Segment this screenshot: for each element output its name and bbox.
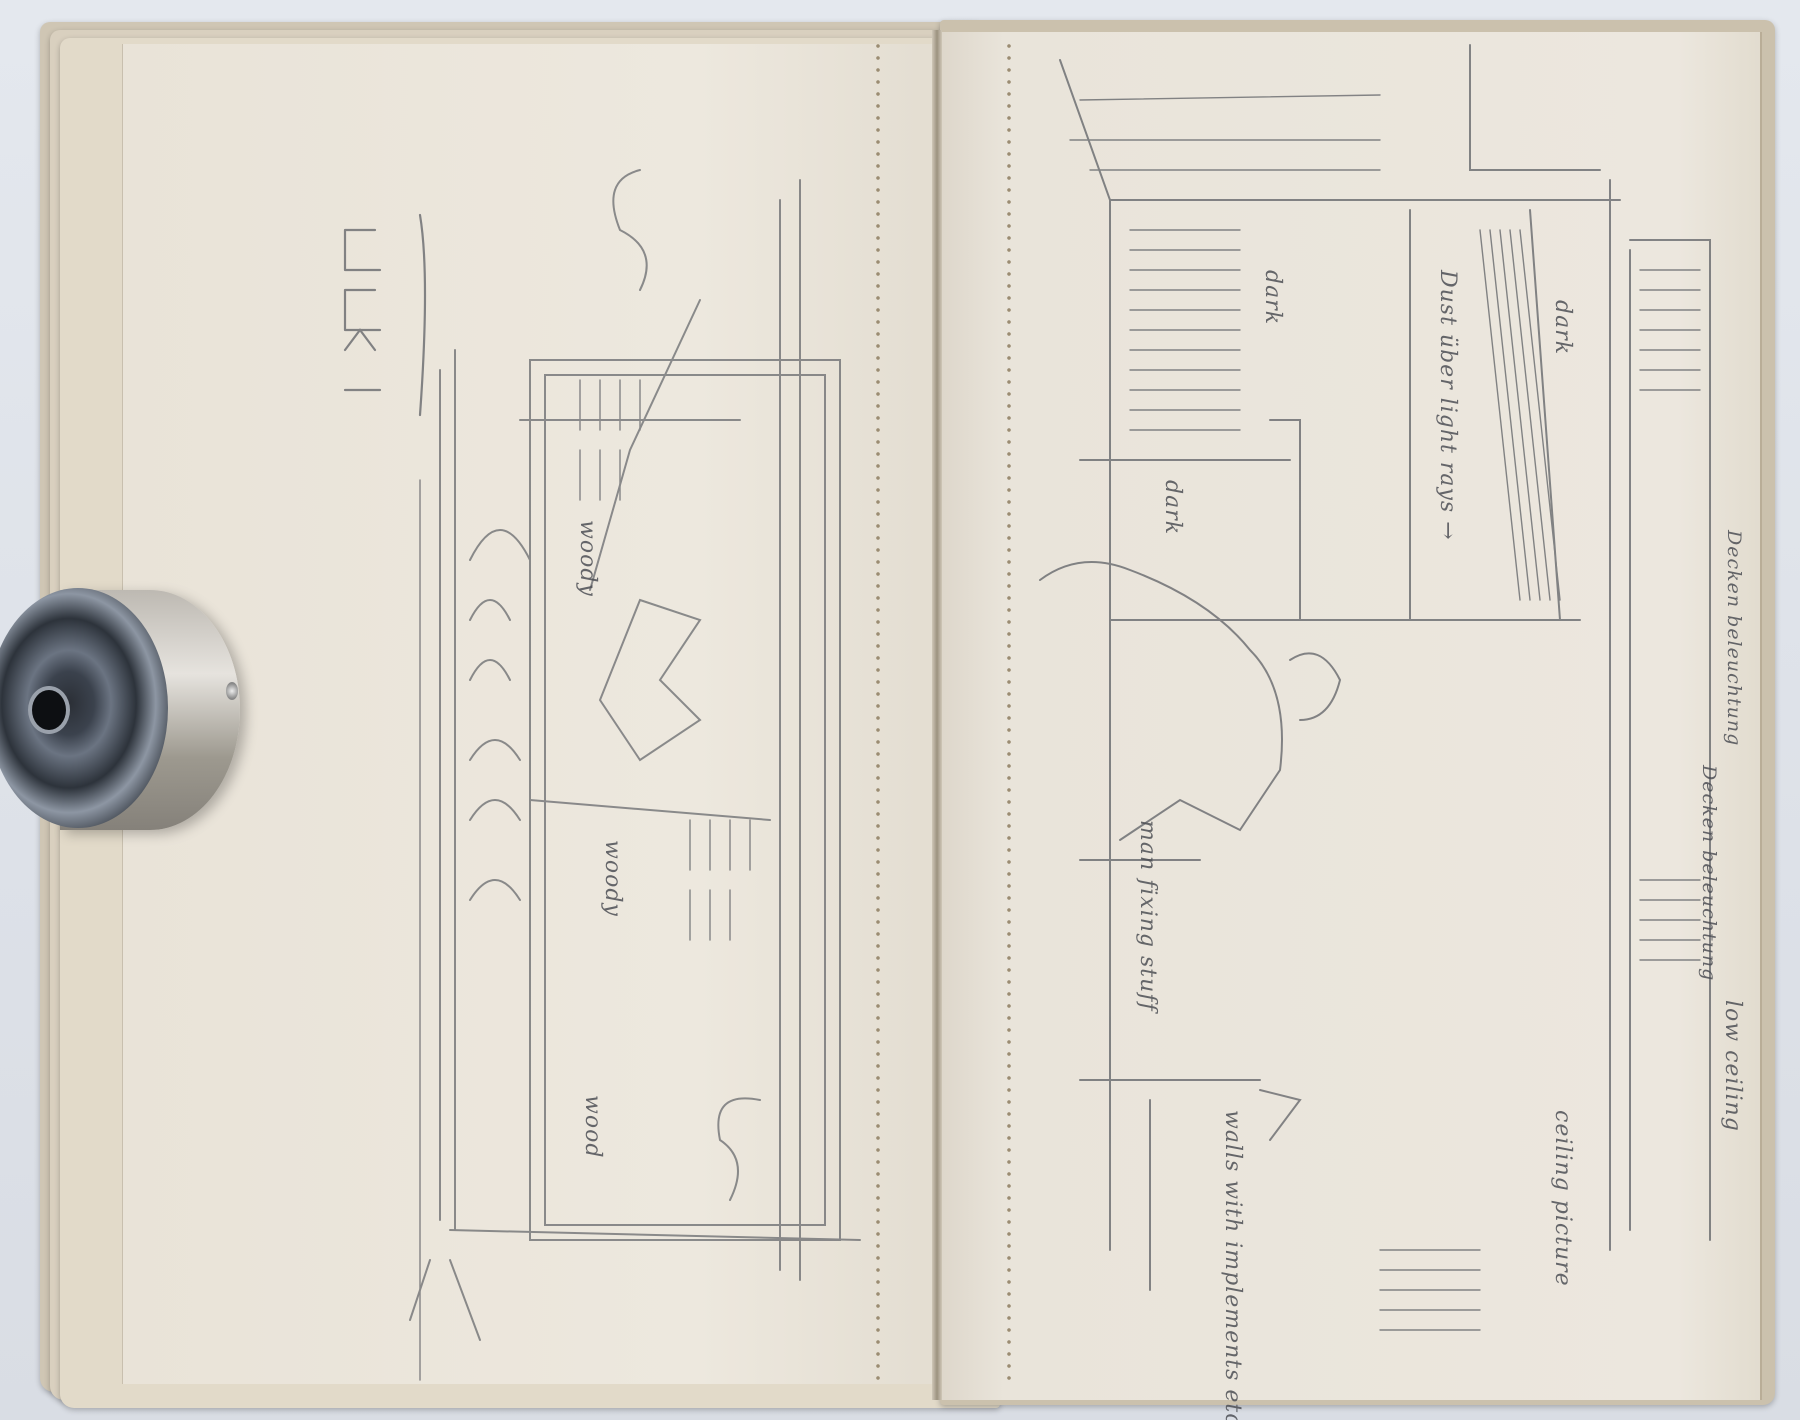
metal-cylinder-hole	[32, 690, 66, 730]
annotation-dark: dark	[1550, 300, 1575, 355]
annotation-light-rays: Dust über light rays →	[1435, 270, 1460, 541]
right-interior-sketch	[1040, 45, 1710, 1330]
annotation-dark: dark	[1160, 480, 1185, 535]
annotation-wood: wood	[580, 1095, 605, 1158]
annotation-woody: woody	[600, 840, 625, 917]
annotation-woody: woody	[575, 520, 600, 597]
annotation-low-ceiling: low ceiling	[1720, 1000, 1745, 1132]
annotation-ceiling-light: Decken beleuchtung	[1723, 530, 1745, 746]
left-building-sketch	[410, 170, 860, 1380]
annotation-man-fixing-stuff: man fixing stuff	[1135, 820, 1160, 1012]
pencil-sketch	[0, 0, 1800, 1420]
annotation-dark: dark	[1260, 270, 1285, 325]
left-script-marks	[345, 215, 425, 415]
annotation-ceiling-picture: ceiling picture	[1550, 1110, 1575, 1287]
metal-cylinder-screw-icon	[226, 682, 238, 700]
annotation-walls-with-implements: walls with implements etc	[1220, 1110, 1245, 1420]
annotation-ceiling-light: Decken beleuchtung	[1698, 765, 1720, 981]
